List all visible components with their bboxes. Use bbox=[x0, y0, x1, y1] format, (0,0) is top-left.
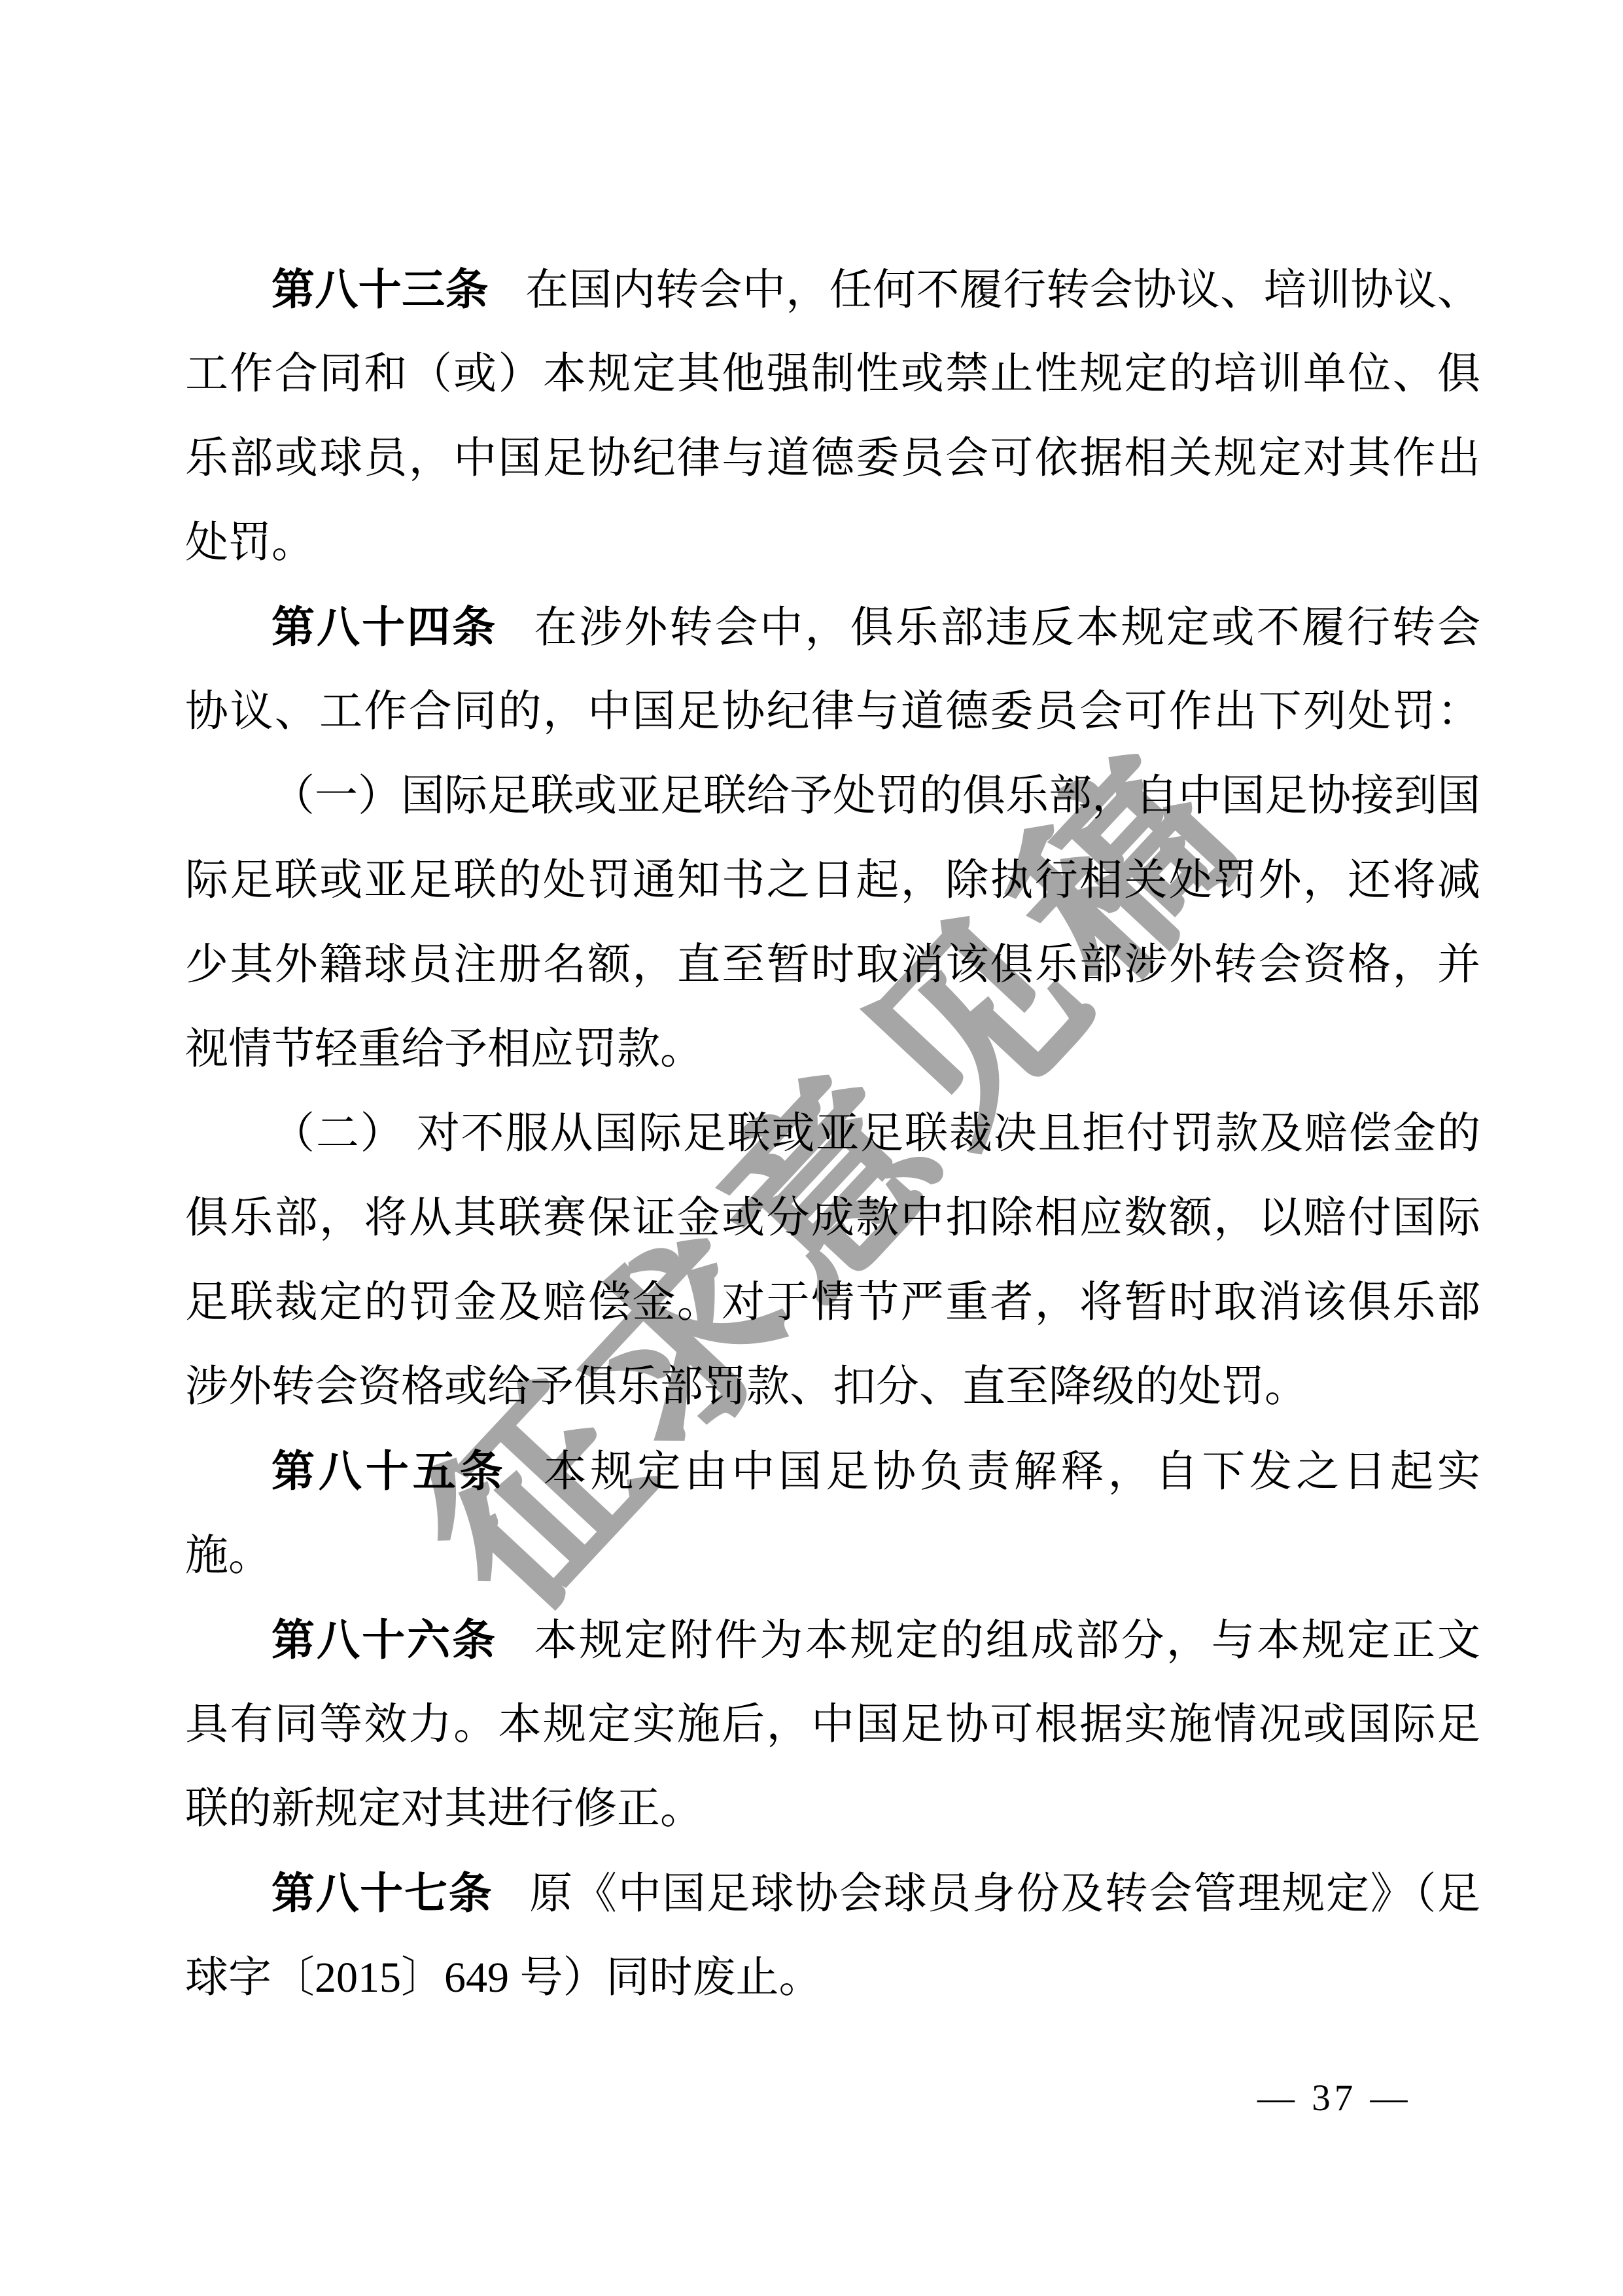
body-line: 视情节轻重给予相应罚款。 bbox=[185, 1007, 1480, 1091]
body-line: 涉外转会资格或给予俱乐部罚款、扣分、直至降级的处罚。 bbox=[185, 1345, 1480, 1429]
body-line: 乐部或球员，中国足协纪律与道德委员会可依据相关规定对其作出 bbox=[185, 416, 1480, 501]
article-number: 第八十四条 bbox=[271, 603, 497, 651]
article-number: 第八十五条 bbox=[271, 1447, 507, 1495]
body-line: 协议、工作合同的，中国足协纪律与道德委员会可作出下列处罚： bbox=[185, 669, 1480, 754]
body-line: 具有同等效力。本规定实施后，中国足协可根据实施情况或国际足 bbox=[185, 1682, 1480, 1767]
article-line: 第八十五条本规定由中国足协负责解释，自下发之日起实 bbox=[185, 1429, 1480, 1513]
article-line: 第八十四条在涉外转会中，俱乐部违反本规定或不履行转会 bbox=[185, 585, 1480, 669]
body-line: 处罚。 bbox=[185, 501, 1480, 585]
body-line: （一）国际足联或亚足联给予处罚的俱乐部，自中国足协接到国 bbox=[185, 754, 1480, 838]
body-line: 少其外籍球员注册名额，直至暂时取消该俱乐部涉外转会资格，并 bbox=[185, 923, 1480, 1007]
article-line: 第八十六条本规定附件为本规定的组成部分，与本规定正文 bbox=[185, 1598, 1480, 1682]
page-number: — 37 — bbox=[1257, 2075, 1412, 2121]
article-number: 第八十三条 bbox=[271, 265, 489, 313]
body-line: 施。 bbox=[185, 1513, 1480, 1598]
document-page: 征求意见稿 第八十三条在国内转会中，任何不履行转会协议、培训协议、工作合同和（或… bbox=[0, 0, 1623, 2296]
body-line: （二） 对不服从国际足联或亚足联裁决且拒付罚款及赔偿金的 bbox=[185, 1091, 1480, 1176]
body-line: 际足联或亚足联的处罚通知书之日起，除执行相关处罚外，还将减 bbox=[185, 838, 1480, 923]
body-line: 工作合同和（或）本规定其他强制性或禁止性规定的培训单位、俱 bbox=[185, 332, 1480, 416]
body-line: 联的新规定对其进行修正。 bbox=[185, 1767, 1480, 1851]
article-line: 第八十七条原《中国足球协会球员身份及转会管理规定》（足 bbox=[185, 1851, 1480, 1935]
article-line: 第八十三条在国内转会中，任何不履行转会协议、培训协议、 bbox=[185, 247, 1480, 332]
document-body: 第八十三条在国内转会中，任何不履行转会协议、培训协议、工作合同和（或）本规定其他… bbox=[185, 247, 1480, 2020]
article-number: 第八十七条 bbox=[271, 1869, 493, 1917]
article-number: 第八十六条 bbox=[271, 1616, 497, 1664]
body-line: 足联裁定的罚金及赔偿金。对于情节严重者，将暂时取消该俱乐部 bbox=[185, 1260, 1480, 1345]
body-line: 俱乐部，将从其联赛保证金或分成款中扣除相应数额，以赔付国际 bbox=[185, 1176, 1480, 1260]
body-line: 球字〔2015〕649 号）同时废止。 bbox=[185, 1935, 1480, 2020]
